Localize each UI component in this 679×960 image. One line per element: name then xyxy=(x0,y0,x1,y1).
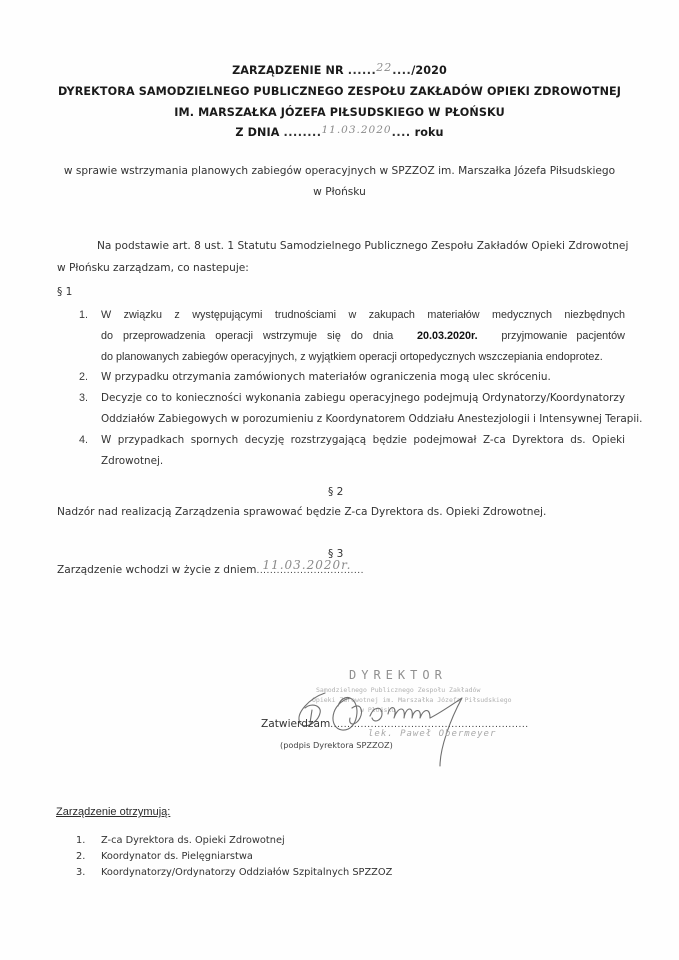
distribution-item-1: Z-ca Dyrektora ds. Opieki Zdrowotnej xyxy=(101,835,285,846)
stamp-director-name: lek. Paweł Obermeyer xyxy=(368,729,496,739)
document-title: ZARZĄDZENIE NR ......22..../2020 xyxy=(0,64,679,77)
item-4-number: 4. xyxy=(79,434,88,446)
approval-label: Zatwierdzam xyxy=(261,718,330,730)
section-3-text-line: Zarządzenie wchodzi w życie z dniem.....… xyxy=(57,564,364,576)
institution-line: IM. MARSZAŁKA JÓZEFA PIŁSUDSKIEGO W PŁOŃ… xyxy=(0,106,679,119)
section-1-heading: § 1 xyxy=(57,286,72,298)
suspension-end-date: 20.03.2020r. xyxy=(417,330,478,342)
item-1-line-1: W związku z występującymi trudnościami w… xyxy=(101,309,625,321)
section-2-heading: § 2 xyxy=(328,486,343,498)
issue-date-line: Z DNIA ........11.03.2020.... roku xyxy=(0,126,679,139)
date-dots: ........ xyxy=(283,126,321,139)
number-dots: ...... xyxy=(348,64,377,77)
number-dots-after: .... xyxy=(392,64,411,77)
section-2-text: Nadzór nad realizacją Zarządzenia sprawo… xyxy=(57,506,546,518)
document-page: ZARZĄDZENIE NR ......22..../2020 DYREKTO… xyxy=(0,0,679,960)
distribution-item-2: Koordynator ds. Pielęgniarstwa xyxy=(101,851,253,862)
date-dots-after: .... xyxy=(392,126,411,139)
item-1-line-3: do planowanych zabiegów operacyjnych, z … xyxy=(101,351,603,363)
item-1-line-2: do przeprowadzenia operacji wstrzymuje s… xyxy=(101,330,625,342)
effective-date-field: ................................11.03.20… xyxy=(256,564,364,576)
item-3-line-2: Oddziałów Zabiegowych w porozumieniu z K… xyxy=(101,413,642,425)
item-2-line-1: W przypadku otrzymania zamówionych mater… xyxy=(101,371,551,383)
preamble-line-1: Na podstawie art. 8 ust. 1 Statutu Samod… xyxy=(97,240,628,252)
item-4-line-2: Zdrowotnej. xyxy=(101,455,163,467)
order-number-handwritten: 22 xyxy=(376,61,392,74)
item-1-line-2-text: do przeprowadzenia operacji wstrzymuje s… xyxy=(101,330,393,342)
issue-date-handwritten: 11.03.2020 xyxy=(321,124,391,136)
distribution-item-1-number: 1. xyxy=(76,835,85,846)
issuer-line: DYREKTORA SAMODZIELNEGO PUBLICZNEGO ZESP… xyxy=(0,85,679,98)
distribution-item-2-number: 2. xyxy=(76,851,85,862)
date-prefix: Z DNIA xyxy=(235,126,283,139)
title-year: /2020 xyxy=(411,64,447,77)
preamble-line-2: w Płońsku zarządzam, co nastepuje: xyxy=(57,262,249,274)
item-4-line-1: W przypadkach spornych decyzję rozstrzyg… xyxy=(101,434,625,446)
subject-line-1: w sprawie wstrzymania planowych zabiegów… xyxy=(0,165,679,177)
subject-line-2: w Płońsku xyxy=(0,186,679,198)
item-1-line-2-tail: przyjmowanie pacjentów xyxy=(501,330,625,342)
signature-caption: (podpis Dyrektora SPZZOZ) xyxy=(280,740,393,750)
distribution-item-3: Koordynatorzy/Ordynatorzy Oddziałów Szpi… xyxy=(101,867,392,878)
distribution-title: Zarządzenie otrzymują: xyxy=(56,806,170,818)
effective-date-handwritten: 11.03.2020r. xyxy=(262,558,351,572)
title-prefix: ZARZĄDZENIE NR xyxy=(232,64,348,77)
item-3-line-1: Decyzje co to konieczności wykonania zab… xyxy=(101,392,625,404)
item-1-number: 1. xyxy=(79,309,88,321)
item-2-number: 2. xyxy=(79,371,88,383)
item-3-number: 3. xyxy=(79,392,88,404)
distribution-item-3-number: 3. xyxy=(76,867,85,878)
effective-date-label: Zarządzenie wchodzi w życie z dniem xyxy=(57,564,256,576)
date-suffix: roku xyxy=(411,126,444,139)
